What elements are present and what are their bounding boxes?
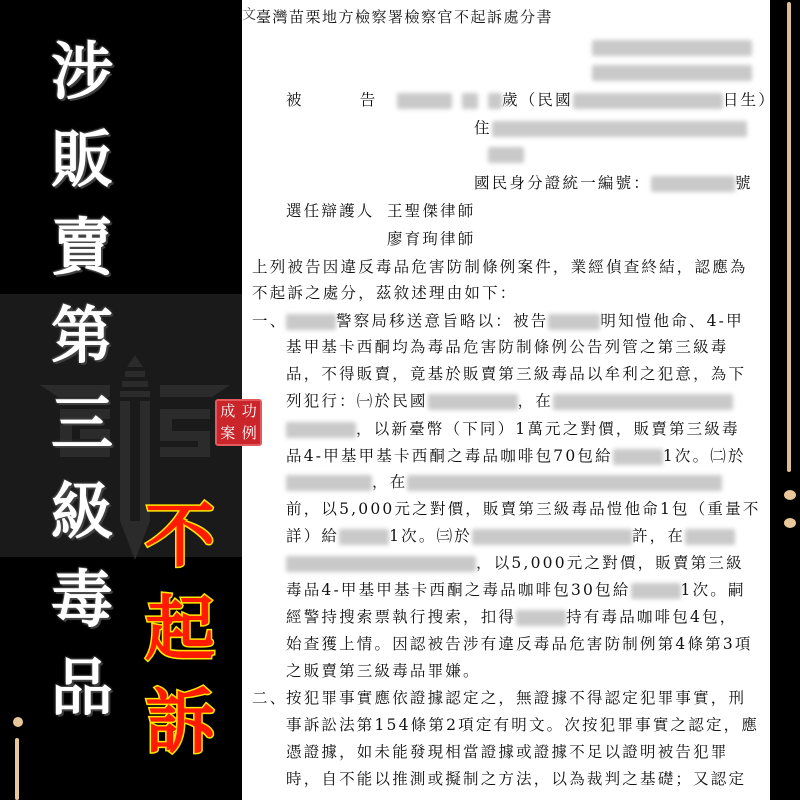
- success-case-stamp: 成 功 案 例: [215, 399, 262, 446]
- stamp-char: 例: [242, 426, 257, 441]
- left-banner: 涉 販 賣 第 三 級 毒 品 不 起 訴: [0, 0, 242, 800]
- section-2-text: 按犯罪事實應依證據認定之，無證據不得認定犯罪事實，刑: [286, 689, 746, 707]
- section-1-text: 詳）給1次。㈢於許，在: [286, 527, 735, 545]
- headline-vertical: 涉 販 賣 第 三 級 毒 品: [42, 28, 122, 732]
- stamp-char: 案: [220, 426, 235, 441]
- stamp-char: 成: [220, 404, 235, 419]
- decorative-dot: [13, 717, 23, 727]
- section-2-text: 憑證據，如未能發現相當證據或證據不足以證明被告犯罪: [286, 743, 729, 761]
- section-1-text: ，在: [286, 473, 722, 491]
- counsel-name: 廖育珣律師: [387, 230, 476, 248]
- decorative-dot: [784, 490, 796, 500]
- birth-suffix: 日生）: [723, 91, 770, 109]
- headline-char: 涉: [51, 28, 113, 116]
- headline-char: 毒: [51, 556, 113, 644]
- section-1-text: 之販賣第三級毒品罪嫌。: [286, 662, 481, 680]
- redacted-block: [592, 63, 752, 81]
- headline-char: 級: [51, 468, 113, 556]
- section-1-text: 經警持搜索票執行搜索，扣得持有毒品咖啡包4包，: [286, 608, 737, 626]
- section-2-number: 二、: [252, 689, 287, 707]
- legal-document: 文 臺灣苗栗地方檢察署檢察官不起訴處分書 被告 歲（民國日生） 住 國民身分證統…: [242, 0, 770, 800]
- headline-char: 販: [51, 116, 113, 204]
- intro-text: 上列被告因違反毒品危害防制條例案件，業經偵查終結，認應為: [252, 258, 748, 276]
- section-1-text: 毒品4-甲基甲基卡西酮之毒品咖啡包30包給1次。嗣: [286, 581, 746, 599]
- redacted-block: [592, 38, 752, 56]
- verdict-vertical: 不 起 訴: [135, 490, 225, 769]
- headline-char: 第: [51, 292, 113, 380]
- counsel-name: 王聖傑律師: [387, 202, 476, 220]
- section-1-text: 基甲基卡西酮均為毒品危害防制條例公告列管之第三級毒: [286, 338, 729, 356]
- verdict-char: 訴: [145, 676, 215, 769]
- redacted-block: [488, 145, 524, 163]
- decorative-line: [15, 738, 19, 800]
- intro-text: 不起訴之處分，茲敘述理由如下：: [252, 284, 518, 302]
- verdict-char: 不: [145, 490, 215, 583]
- seal-mark-icon: 文: [242, 4, 256, 22]
- decorative-dot: [784, 518, 796, 528]
- section-2-text: 時，自不能以推測或擬制之方法，以為裁判之基礎；又認定: [286, 770, 746, 788]
- document-title: 臺灣苗栗地方檢察署檢察官不起訴處分書: [256, 8, 553, 26]
- verdict-char: 起: [145, 583, 215, 676]
- headline-char: 三: [51, 380, 113, 468]
- section-1-text: ，以5,000元之對價，販賣第三級: [286, 554, 744, 572]
- stamp-char: 功: [242, 404, 257, 419]
- section-1-text: 警察局移送意旨略以：被告明知愷他命、4-甲: [286, 312, 744, 330]
- right-border: [770, 0, 800, 800]
- defendant-row: 歲（民國日生）: [397, 91, 770, 109]
- section-2-text: 事訴訟法第154條第2項定有明文。次按犯罪事實之認定，應: [286, 716, 759, 734]
- address-row: 住: [474, 119, 747, 137]
- headline-char: 賣: [51, 204, 113, 292]
- counsel-label: 選任辯護人: [286, 202, 375, 220]
- section-1-text: 前，以5,000元之對價，販賣第三級毒品愷他命1包（重量不: [286, 500, 761, 518]
- section-1-text: ，以新臺幣（下同）1萬元之對價，販賣第三級毒: [286, 420, 740, 438]
- section-1-text: 品4-甲基甲基卡西酮之毒品咖啡包70包給1次。㈡於: [286, 447, 746, 465]
- age-birth-label: 歲（民國: [502, 91, 573, 109]
- section-1-number: 一、: [252, 312, 287, 330]
- section-1-text: 品，不得販賣，竟基於販賣第三級毒品以牟利之犯意，為下: [286, 365, 746, 383]
- section-1-text: 列犯行：㈠於民國，在: [286, 392, 733, 410]
- defendant-label: 被告: [286, 91, 377, 109]
- id-row: 國民身分證統一編號：號: [474, 174, 753, 192]
- section-1-text: 始查獲上情。因認被告涉有違反毒品危害防制例第4條第3項: [286, 635, 753, 653]
- decorative-line: [787, 2, 791, 472]
- headline-char: 品: [51, 644, 113, 732]
